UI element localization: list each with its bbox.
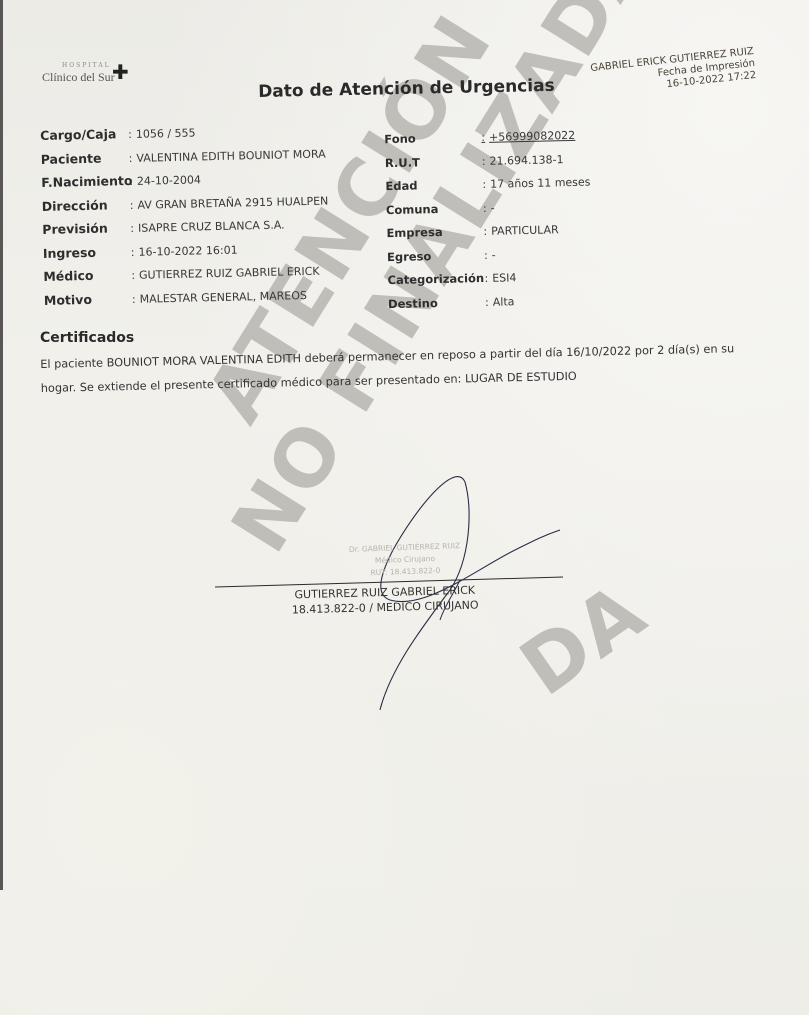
field-value-wrap: :MALESTAR GENERAL, MAREOS	[132, 288, 307, 305]
field-value: 16-10-2022 16:01	[138, 243, 237, 258]
field-value: MALESTAR GENERAL, MAREOS	[139, 288, 307, 305]
fields-right-column: Fono:+56999082022 R.U.T:21.694.138-1 Eda…	[384, 128, 593, 321]
field-value: 21.694.138-1	[489, 153, 563, 168]
field-value: AV GRAN BRETAÑA 2915 HUALPEN	[137, 194, 328, 211]
logo-name: Clínico del Sur	[42, 70, 115, 85]
field-value-wrap: :ISAPRE CRUZ BLANCA S.A.	[130, 218, 285, 234]
medical-cross-icon: ✚	[112, 60, 129, 84]
field-value: ISAPRE CRUZ BLANCA S.A.	[138, 218, 285, 234]
field-label: Previsión	[42, 220, 130, 237]
field-value: Alta	[493, 295, 515, 308]
field-label: Motivo	[44, 290, 132, 307]
field-value-wrap: :+56999082022	[481, 129, 575, 144]
field-label: Ingreso	[43, 243, 131, 260]
field-value-wrap: :ESI4	[484, 271, 516, 285]
print-info: GABRIEL ERICK GUTIERREZ RUIZ Fecha de Im…	[590, 46, 757, 99]
field-value: 1056 / 555	[136, 126, 196, 140]
field-value: 24-10-2004	[137, 173, 201, 187]
doctor-stamp: Dr. GABRIEL GUTIÉRREZ RUIZ Médico Ciruja…	[344, 540, 465, 580]
field-value-wrap: :Alta	[485, 295, 515, 309]
field-label: Paciente	[41, 149, 129, 166]
field-value: 17 años 11 meses	[490, 176, 591, 191]
field-value-wrap: :VALENTINA EDITH BOUNIOT MORA	[129, 147, 326, 164]
hospital-logo: HOSPITAL Clínico del Sur ✚	[40, 62, 140, 94]
field-value-wrap: :-	[484, 248, 496, 261]
document-page: ATENCIÓN NO FINALIZADA DA HOSPITAL Clíni…	[0, 0, 809, 1015]
field-value: -	[490, 201, 494, 214]
field-value: GUTIERREZ RUIZ GABRIEL ERICK	[139, 265, 320, 282]
certificate-text: El paciente BOUNIOT MORA VALENTINA EDITH…	[40, 337, 741, 401]
field-value-wrap: :16-10-2022 16:01	[131, 243, 238, 258]
field-label: Fono	[384, 130, 481, 146]
field-label: Médico	[43, 267, 131, 284]
field-row: Destino:Alta	[388, 292, 594, 320]
certificates-heading: Certificados	[40, 330, 134, 346]
field-label: Dirección	[42, 196, 130, 213]
field-value: +56999082022	[489, 129, 575, 144]
field-label: Edad	[385, 177, 482, 193]
field-label: Categorización	[387, 271, 484, 287]
field-label: Destino	[388, 294, 485, 310]
field-label: Empresa	[386, 224, 483, 240]
logo-overline: HOSPITAL	[62, 62, 111, 69]
field-value: PARTICULAR	[491, 223, 559, 238]
field-label: Comuna	[386, 200, 483, 216]
field-value-wrap: :-	[483, 201, 495, 214]
page-edge-shadow	[0, 0, 3, 890]
field-value-wrap: :PARTICULAR	[483, 223, 559, 238]
field-value: ESI4	[492, 271, 516, 285]
field-value: VALENTINA EDITH BOUNIOT MORA	[136, 147, 326, 164]
field-value-wrap: :24-10-2004	[129, 173, 201, 188]
field-value-wrap: :17 años 11 meses	[482, 176, 590, 191]
field-label: Egreso	[387, 247, 484, 263]
field-label: Cargo/Caja	[40, 126, 128, 143]
field-value: -	[492, 248, 496, 261]
fields-left-column: Cargo/Caja:1056 / 555 Paciente:VALENTINA…	[40, 121, 331, 315]
field-value-wrap: :1056 / 555	[128, 126, 196, 141]
field-value-wrap: :GUTIERREZ RUIZ GABRIEL ERICK	[131, 265, 319, 282]
field-value-wrap: :21.694.138-1	[482, 153, 564, 168]
signature-block: Dr. GABRIEL GUTIÉRREZ RUIZ Médico Ciruja…	[215, 470, 575, 720]
field-label: R.U.T	[385, 153, 482, 169]
field-value-wrap: :AV GRAN BRETAÑA 2915 HUALPEN	[130, 194, 329, 212]
field-label: F.Nacimiento	[41, 173, 129, 190]
